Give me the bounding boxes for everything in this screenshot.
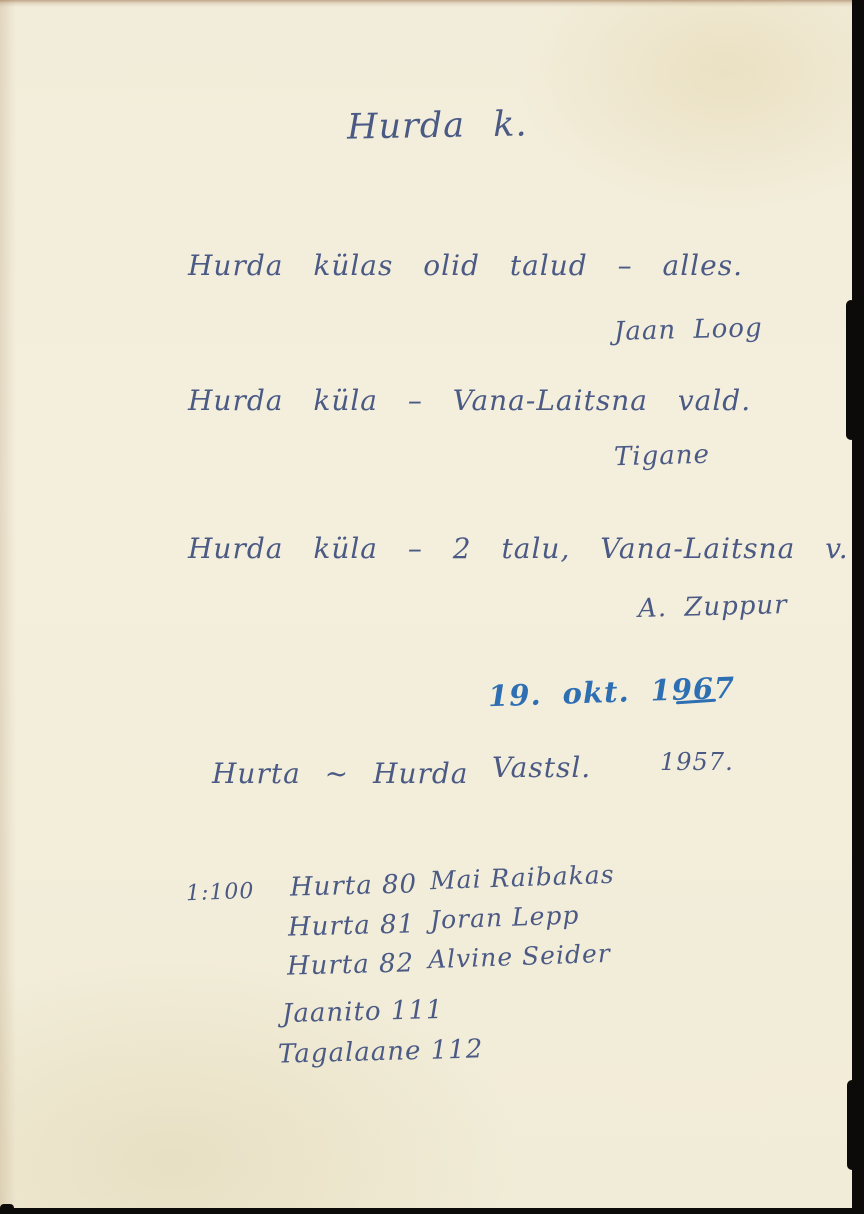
scan-edge-right-ragged2: [847, 1080, 857, 1170]
entry-1-signature: Jaan Loog: [614, 313, 763, 347]
survey-row-farm: Hurta 82: [287, 948, 415, 981]
survey-row-farm: Hurta 81: [288, 909, 416, 942]
entry-3-signature: A. Zuppur: [638, 590, 788, 624]
name-variant-source: Vastsl.: [492, 751, 591, 784]
entry-2-signature: Tigane: [614, 440, 711, 473]
name-variant-pair: Hurta ~ Hurda: [212, 757, 469, 790]
scanned-card: Hurda k. Hurda külas olid talud – alles.…: [0, 0, 864, 1214]
scan-edge-right-ragged: [846, 300, 856, 440]
scan-edge-corner: [0, 1204, 14, 1214]
scan-edge-right: [852, 0, 864, 1214]
survey-scale: 1:100: [186, 879, 255, 906]
card-title: Hurda k.: [347, 104, 528, 147]
entry-2-text: Hurda küla – Vana-Laitsna vald.: [188, 384, 751, 417]
survey-row-person: Joran Lepp: [430, 900, 580, 934]
survey-row-farm: Hurta 80: [290, 869, 418, 902]
scan-edge-bottom: [0, 1208, 864, 1214]
survey-row-farm: Tagalaane 112: [278, 1034, 484, 1069]
entry-3-text: Hurda küla – 2 talu, Vana-Laitsna v.: [188, 532, 849, 565]
survey-row-farm: Jaanito 111: [282, 995, 444, 1029]
name-variant-year: 1957.: [660, 748, 734, 776]
entry-1-text: Hurda külas olid talud – alles.: [188, 249, 743, 282]
